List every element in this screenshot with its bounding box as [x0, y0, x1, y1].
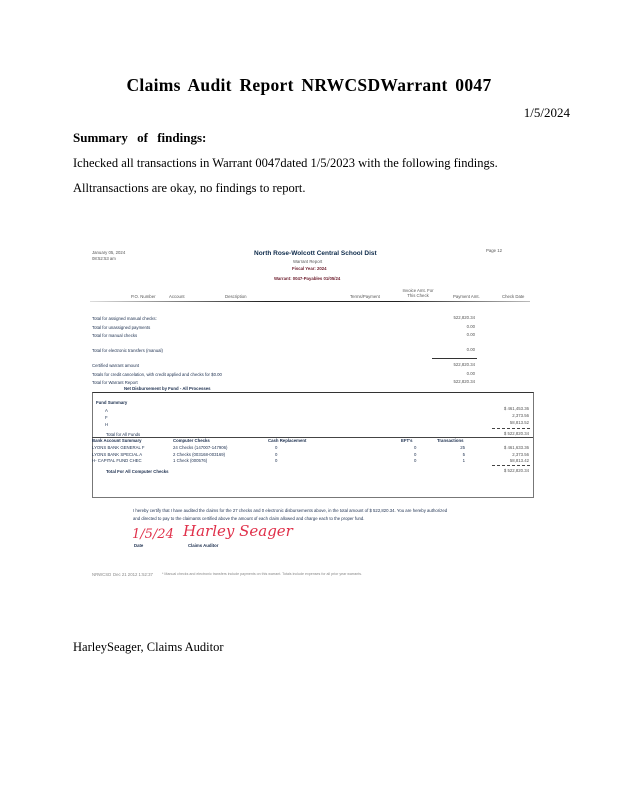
- org-name: North Rose-Wolcott Central School Dist: [254, 250, 377, 257]
- col-account: Account: [169, 294, 185, 299]
- page-number: Page 12: [486, 248, 502, 253]
- fiscal-year: Fiscal Year: 2024: [292, 266, 327, 271]
- bank-amount: $ 461,633.36: [480, 445, 529, 450]
- cash-replacement-header: Cash Replacement: [268, 438, 306, 443]
- summary-box: [92, 392, 534, 498]
- signature-date: 1/5/24: [132, 527, 174, 542]
- total-value: 522,820.34: [430, 362, 475, 367]
- computer-checks-header: Computer Checks: [173, 438, 210, 443]
- total-label: Total for manual checks: [92, 333, 137, 338]
- bank-cash: 0: [275, 458, 277, 463]
- bank-amount: 2,373.56: [480, 452, 529, 457]
- footer-timestamp: Dec 21 2012 1:52:37: [113, 572, 153, 577]
- col-terms: Terms/Payment: [350, 294, 380, 299]
- total-value: 0.00: [430, 332, 475, 337]
- fund-code: A: [105, 408, 108, 413]
- bank-cash: 0: [275, 445, 277, 450]
- fund-amount: 58,813.52: [480, 420, 529, 425]
- col-po-number: P.O. Number: [131, 294, 156, 299]
- bank-name: LYONS BANK SPECIAL A: [92, 452, 142, 457]
- warrant-report-scan: January 05, 2024 08:52:53 am Page 12 Nor…: [0, 0, 618, 600]
- fund-total-amount: $ 522,820.34: [480, 431, 529, 436]
- bank-checks: 1 Check (000576): [173, 458, 207, 463]
- bank-transactions: 1: [440, 458, 465, 463]
- bank-total-label: Total For All Computer Checks: [106, 469, 169, 474]
- total-value: 522,820.34: [430, 315, 475, 320]
- bank-name: LYONS BANK GENERAL F: [92, 445, 145, 450]
- total-value: 0.00: [430, 371, 475, 376]
- total-value: 0.00: [430, 347, 475, 352]
- fund-code: F: [105, 415, 108, 420]
- col-check-date: Check Date: [502, 294, 524, 299]
- bank-transactions: 5: [440, 452, 465, 457]
- total-value: 0.00: [430, 324, 475, 329]
- footer-code: NRWCSD: [92, 572, 111, 577]
- bank-name: H- CAPITAL FUND CHEC: [92, 458, 142, 463]
- subtotal-rule: [432, 358, 477, 359]
- print-time: 08:52:53 am: [92, 256, 116, 261]
- col-invoice-amt: Invoice Amt. For This Check: [398, 288, 438, 298]
- col-payment-amt: Payment Amt.: [453, 294, 480, 299]
- fund-summary-heading: Fund Summary: [96, 400, 127, 405]
- warrant-line: Warrant: 0047-Payables 01/05/24: [274, 276, 340, 281]
- fund-amount: 2,373.56: [480, 413, 529, 418]
- net-disbursement-note: Net Disbursement by Fund - All Processes: [124, 386, 211, 391]
- bank-amount: 58,813.42: [480, 458, 529, 463]
- bank-header: Bank Account Summary: [92, 438, 142, 443]
- total-label: Total for Warrant Report: [92, 380, 138, 385]
- bank-total-rule: [492, 465, 530, 466]
- total-value: 522,820.34: [430, 379, 475, 384]
- bank-total-amount: $ 522,820.34: [480, 468, 529, 473]
- col-description: Description: [225, 294, 247, 299]
- claims-auditor-label: Claims Auditor: [188, 543, 218, 548]
- print-date: January 05, 2024: [92, 250, 125, 255]
- transactions-header: Transactions: [437, 438, 464, 443]
- header-rule: [90, 301, 530, 302]
- bank-checks: 2 Checks (003168-003169): [173, 452, 225, 457]
- fund-total-rule: [492, 428, 530, 429]
- fund-code: H: [105, 422, 108, 427]
- bank-efts: 0: [414, 458, 416, 463]
- auditor-signature: Harley Seager: [183, 522, 293, 540]
- total-label: Certified warrant amount: [92, 363, 139, 368]
- report-name: Warrant Report: [293, 259, 322, 264]
- total-label: Totals for credit cancelation, with cred…: [92, 372, 222, 377]
- total-label: Total for unassigned payments: [92, 325, 150, 330]
- bank-transactions: 25: [440, 445, 465, 450]
- footer-note: * Manual checks and electronic transfers…: [162, 572, 362, 576]
- total-label: Total for assigned manual checks:: [92, 316, 157, 321]
- bank-efts: 0: [414, 452, 416, 457]
- fund-amount: $ 461,453.36: [480, 406, 529, 411]
- bank-cash: 0: [275, 452, 277, 457]
- certification-text: I hereby certify that I have audited the…: [133, 507, 453, 522]
- auditor-signoff: HarleySeager, Claims Auditor: [73, 640, 224, 655]
- efts-header: EFT's: [401, 438, 413, 443]
- date-label: Date: [134, 543, 143, 548]
- total-label: Total for electronic transfers (manual): [92, 348, 163, 353]
- fund-bank-divider: [92, 437, 533, 438]
- bank-efts: 0: [414, 445, 416, 450]
- bank-checks: 24 Checks (147007-147906): [173, 445, 227, 450]
